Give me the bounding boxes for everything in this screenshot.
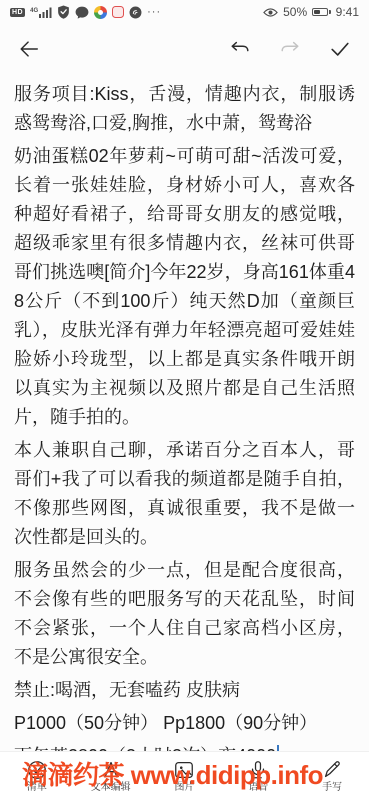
red-square-app-icon: [112, 6, 124, 18]
note-paragraph: 本人兼职自己聊，承诺百分之百本人，哥哥们+我了可以看我的频道都是随手自拍，不像那…: [14, 436, 355, 552]
chat-bubble-icon: [75, 6, 89, 19]
pinwheel-app-icon: [94, 6, 107, 19]
toolbar-checklist-button[interactable]: 清单: [13, 759, 61, 793]
voice-icon: [247, 759, 269, 781]
checklist-icon: [26, 759, 48, 781]
status-time: 9:41: [336, 5, 359, 19]
toolbar-handwriting-button[interactable]: 手写: [308, 759, 356, 793]
signal-4g-icon: 4G: [30, 7, 52, 18]
toolbar-checklist-label: 清单: [27, 783, 47, 793]
battery-icon: [312, 8, 331, 16]
more-dots-icon: ···: [147, 6, 161, 18]
note-paragraph: 服务虽然会的少一点，但是配合度很高，不会像有些的吧服务写的天花乱坠，时间不会紧张…: [14, 556, 355, 672]
note-editor[interactable]: 服务项目:Kiss，舌漫，情趣内衣，制服诱惑鸳鸯浴,口爱,胸推，水中萧，鸳鸯浴 …: [0, 74, 369, 752]
undo-icon[interactable]: [229, 38, 251, 60]
back-icon[interactable]: [18, 38, 40, 60]
handwriting-icon: [321, 759, 343, 781]
toolbar-text-edit-label: 文本编辑: [91, 783, 131, 793]
toolbar-image-label: 图片: [174, 783, 194, 793]
hd-icon: HD: [10, 8, 25, 17]
text-edit-icon: [100, 759, 122, 781]
notes-editor-screen: HD 4G: [0, 0, 369, 800]
status-bar-left: HD 4G: [10, 5, 161, 19]
shield-check-icon: [57, 5, 70, 19]
toolbar-voice-button[interactable]: 语音: [234, 759, 282, 793]
toolbar-handwriting-label: 手写: [322, 783, 342, 793]
status-bar: HD 4G: [0, 0, 369, 24]
action-bar-right: [229, 38, 351, 60]
toolbar-image-button[interactable]: 图片: [160, 759, 208, 793]
note-paragraph: P1000（50分钟） Pp1800（90分钟）: [14, 709, 355, 738]
editor-toolbar: 清单 文本编辑 图片: [0, 751, 369, 800]
eye-icon: [263, 7, 278, 18]
image-icon: [173, 759, 195, 781]
redo-icon[interactable]: [279, 38, 301, 60]
battery-percent: 50%: [283, 5, 307, 19]
voice-bubble-icon: [129, 6, 142, 19]
note-paragraph: 禁止:喝酒，无套嗑药 皮肤病: [14, 676, 355, 705]
status-bar-right: 50% 9:41: [263, 5, 359, 19]
note-paragraph: 奶油蛋糕02年萝莉~可萌可甜~活泼可爱，长着一张娃娃脸，身材娇小可人，喜欢各种超…: [14, 142, 355, 432]
action-bar: [0, 24, 369, 74]
note-paragraph: 服务项目:Kiss，舌漫，情趣内衣，制服诱惑鸳鸯浴,口爱,胸推，水中萧，鸳鸯浴: [14, 80, 355, 138]
toolbar-text-edit-button[interactable]: 文本编辑: [87, 759, 135, 793]
confirm-icon[interactable]: [329, 38, 351, 60]
toolbar-voice-label: 语音: [248, 783, 268, 793]
